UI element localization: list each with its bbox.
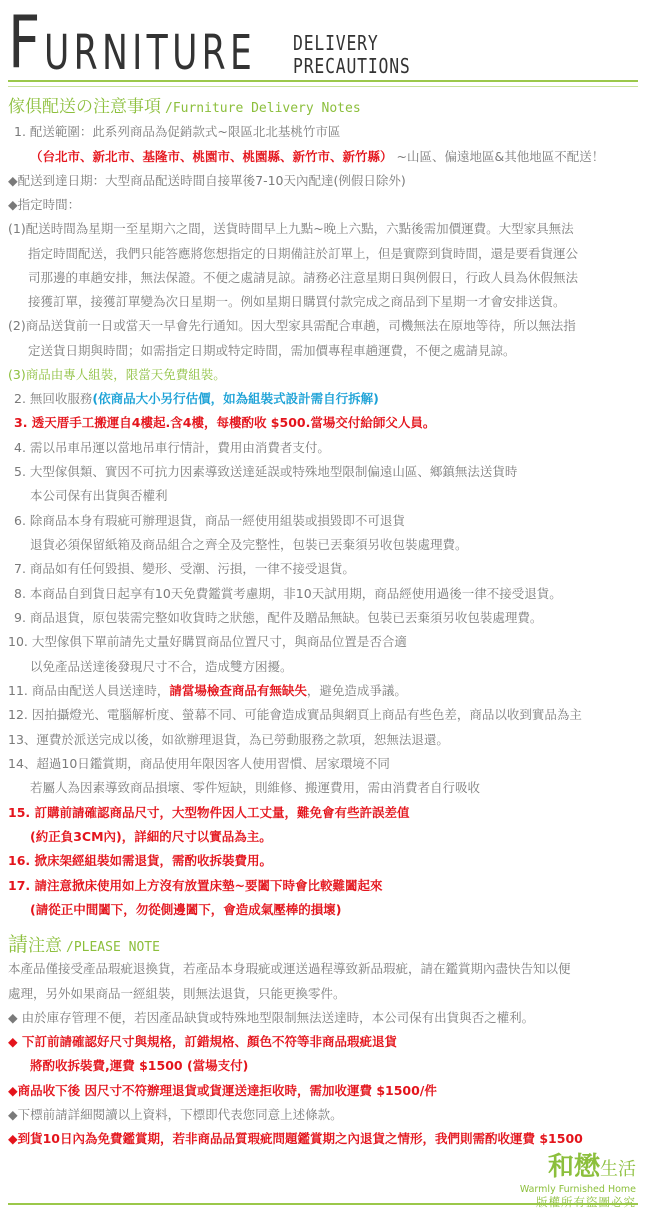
list-item: 本公司保有出貨與否權利 <box>30 488 168 504</box>
brand-logo: 和懋生活 Warmly Furnished Home 版權所有盜圖必究 <box>520 1153 636 1209</box>
list-item: 若屬人為因素導致商品損壞、零件短缺，則維修、搬運費用，需由消費者自行吸收 <box>30 780 480 796</box>
list-item: 定送貨日期與時間；如需指定日期或特定時間，需加價專程車趟運費，不便之處請見諒。 <box>28 343 516 359</box>
list-item: 4. 需以吊車吊運以當地吊車行情計，費用由消費者支付。 <box>14 440 330 456</box>
section1-title-en: /Furniture Delivery Notes <box>165 101 361 116</box>
list-item: 接獲訂單，接獲訂單變為次日星期一。例如星期日購買付款完成之商品到下星期一才會安排… <box>28 294 566 310</box>
list-item: 3. 透天厝手工搬運自4樓起.含4樓，每樓酌收 $500.當場交付給師父人員。 <box>14 415 435 431</box>
list-item: （台北市、新北市、基隆市、桃園市、桃園縣、新竹市、新竹縣） ~山區、偏遠地區&其… <box>30 149 604 165</box>
section2-title: 請注意/PLEASE NOTE <box>8 928 160 957</box>
list-item: (3)商品由專人組裝，限當天免費組裝。 <box>8 367 226 383</box>
list-item: 8. 本商品自到貨日起享有10天免費鑑賞考慮期，非10天試用期，商品經使用過後一… <box>14 586 562 602</box>
section1-title-cn: 傢俱配送の注意事項 <box>8 97 161 117</box>
list-item: 5. 大型傢俱類、實因不可抗力因素導致送達延誤或特殊地型限制偏遠山區、鄉鎮無法送… <box>14 464 517 480</box>
logo-en: Warmly Furnished Home <box>520 1184 636 1195</box>
list-item: 13、運費於派送完成以後，如欲辦理退貨，為已勞動服務之款項，恕無法退還。 <box>8 732 449 748</box>
list-item: ◆下標前請詳細閱讀以上資料，下標即代表您同意上述條款。 <box>8 1107 343 1123</box>
subtitle-line1: DELIVERY <box>293 31 379 55</box>
list-item: 指定時間配送，我們只能答應將您想指定的日期備註於訂單上，但是實際到貨時間，還是要… <box>28 246 578 262</box>
copyright-notice: 版權所有盜圖必究 <box>520 1195 636 1209</box>
list-item: (2)商品送貨前一日或當天一早會先行通知。因大型家具需配合車趟，司機無法在原地等… <box>8 318 576 334</box>
list-item: 將酌收拆裝費,運費 $1500 (當場支付) <box>30 1058 248 1074</box>
list-item: 15. 訂購前請確認商品尺寸，大型物件因人工丈量，難免會有些許誤差值 <box>8 805 410 821</box>
list-item: 退貨必須保留紙箱及商品組合之齊全及完整性，包裝已丟棄須另收包裝處理費。 <box>30 537 468 553</box>
logo-cn: 和懋生活 <box>520 1153 636 1184</box>
subtitle-line2: PRECAUTIONS <box>293 54 411 78</box>
list-item: ◆配送到達日期：大型商品配送時間自接單後7-10天內配達(例假日除外) <box>8 173 406 189</box>
list-item: 以免產品送達後發現尺寸不合，造成雙方困擾。 <box>30 659 293 675</box>
list-item: 16. 掀床架經組裝如需退貨，需酌收拆裝費用。 <box>8 853 272 869</box>
list-item: 2. 無回收服務(依商品大小另行估價，如為組裝式設計需自行拆解) <box>14 391 379 407</box>
list-item: (請從正中間闔下，勿從側邊闔下，會造成氣壓棒的損壞) <box>30 902 341 918</box>
list-item: (約正負3CM內)，詳細的尺寸以實品為主。 <box>30 829 272 845</box>
list-item: 司那邊的車趟安排，無法保證。不便之處請見諒。請務必注意星期日與例假日，行政人員為… <box>28 270 578 286</box>
list-item: 9. 商品退貨，原包裝需完整如收貨時之狀態，配件及贈品無缺。包裝已丟棄須另收包裝… <box>14 610 542 626</box>
list-item: 10. 大型傢俱下單前請先丈量好購買商品位置尺寸，與商品位置是否合適 <box>8 634 407 650</box>
section1-title: 傢俱配送の注意事項/Furniture Delivery Notes <box>8 92 361 117</box>
list-item: 7. 商品如有任何毀損、變形、受潮、污損，一律不接受退貨。 <box>14 561 355 577</box>
list-item: 6. 除商品本身有瑕疵可辦理退貨，商品一經使用組裝或損毀即不可退貨 <box>14 513 405 529</box>
list-item: ◆指定時間： <box>8 197 80 213</box>
title-rest: URNITURE <box>44 28 256 78</box>
list-item: 1. 配送範圍：此系列商品為促銷款式~限區北北基桃竹市區 <box>14 124 340 140</box>
section2-title-first: 請 <box>8 932 28 956</box>
list-item: 17. 請注意掀床使用如上方沒有放置床墊~要闔下時會比較難闔起來 <box>8 878 382 894</box>
list-item: ◆ 由於庫存管理不便，若因產品缺貨或特殊地型限制無法送達時，本公司保有出貨與否之… <box>8 1010 534 1026</box>
section2-title-rest: 注意 <box>28 936 62 956</box>
list-item: 12. 因拍攝燈光、電腦解析度、螢幕不同、可能會造成實品與網頁上商品有些色差，商… <box>8 707 582 723</box>
list-item: ◆ 下訂前請確認好尺寸與規格，訂錯規格、顏色不符等非商品瑕疵退貨 <box>8 1034 397 1050</box>
section2-title-en: /PLEASE NOTE <box>66 940 160 955</box>
list-item: 14、超過10日鑑賞期，商品使用年限因客人使用習慣、居家環境不同 <box>8 756 390 772</box>
title-initial: F <box>8 6 40 78</box>
list-item: 11. 商品由配送人員送達時，請當場檢查商品有無缺失，避免造成爭議。 <box>8 683 407 699</box>
divider-bottom <box>8 1203 638 1206</box>
divider-top <box>8 80 638 87</box>
list-item: 本產品僅接受產品瑕疵退換貨，若產品本身瑕疵或運送過程導致新品瑕疵，請在鑑賞期內盡… <box>8 961 571 977</box>
list-item: (1)配送時間為星期一至星期六之間，送貨時間早上九點~晚上六點，六點後需加價運費… <box>8 221 574 237</box>
list-item: 處理，另外如果商品一經組裝，則無法退貨，只能更換零件。 <box>8 986 346 1002</box>
list-item: ◆到貨10日內為免費鑑賞期，若非商品品質瑕疵問題鑑賞期之內退貨之情形，我們則需酌… <box>8 1131 583 1147</box>
list-item: ◆商品收下後 因尺寸不符辦理退貨或貨運送達拒收時，需加收運費 $1500/件 <box>8 1083 437 1099</box>
